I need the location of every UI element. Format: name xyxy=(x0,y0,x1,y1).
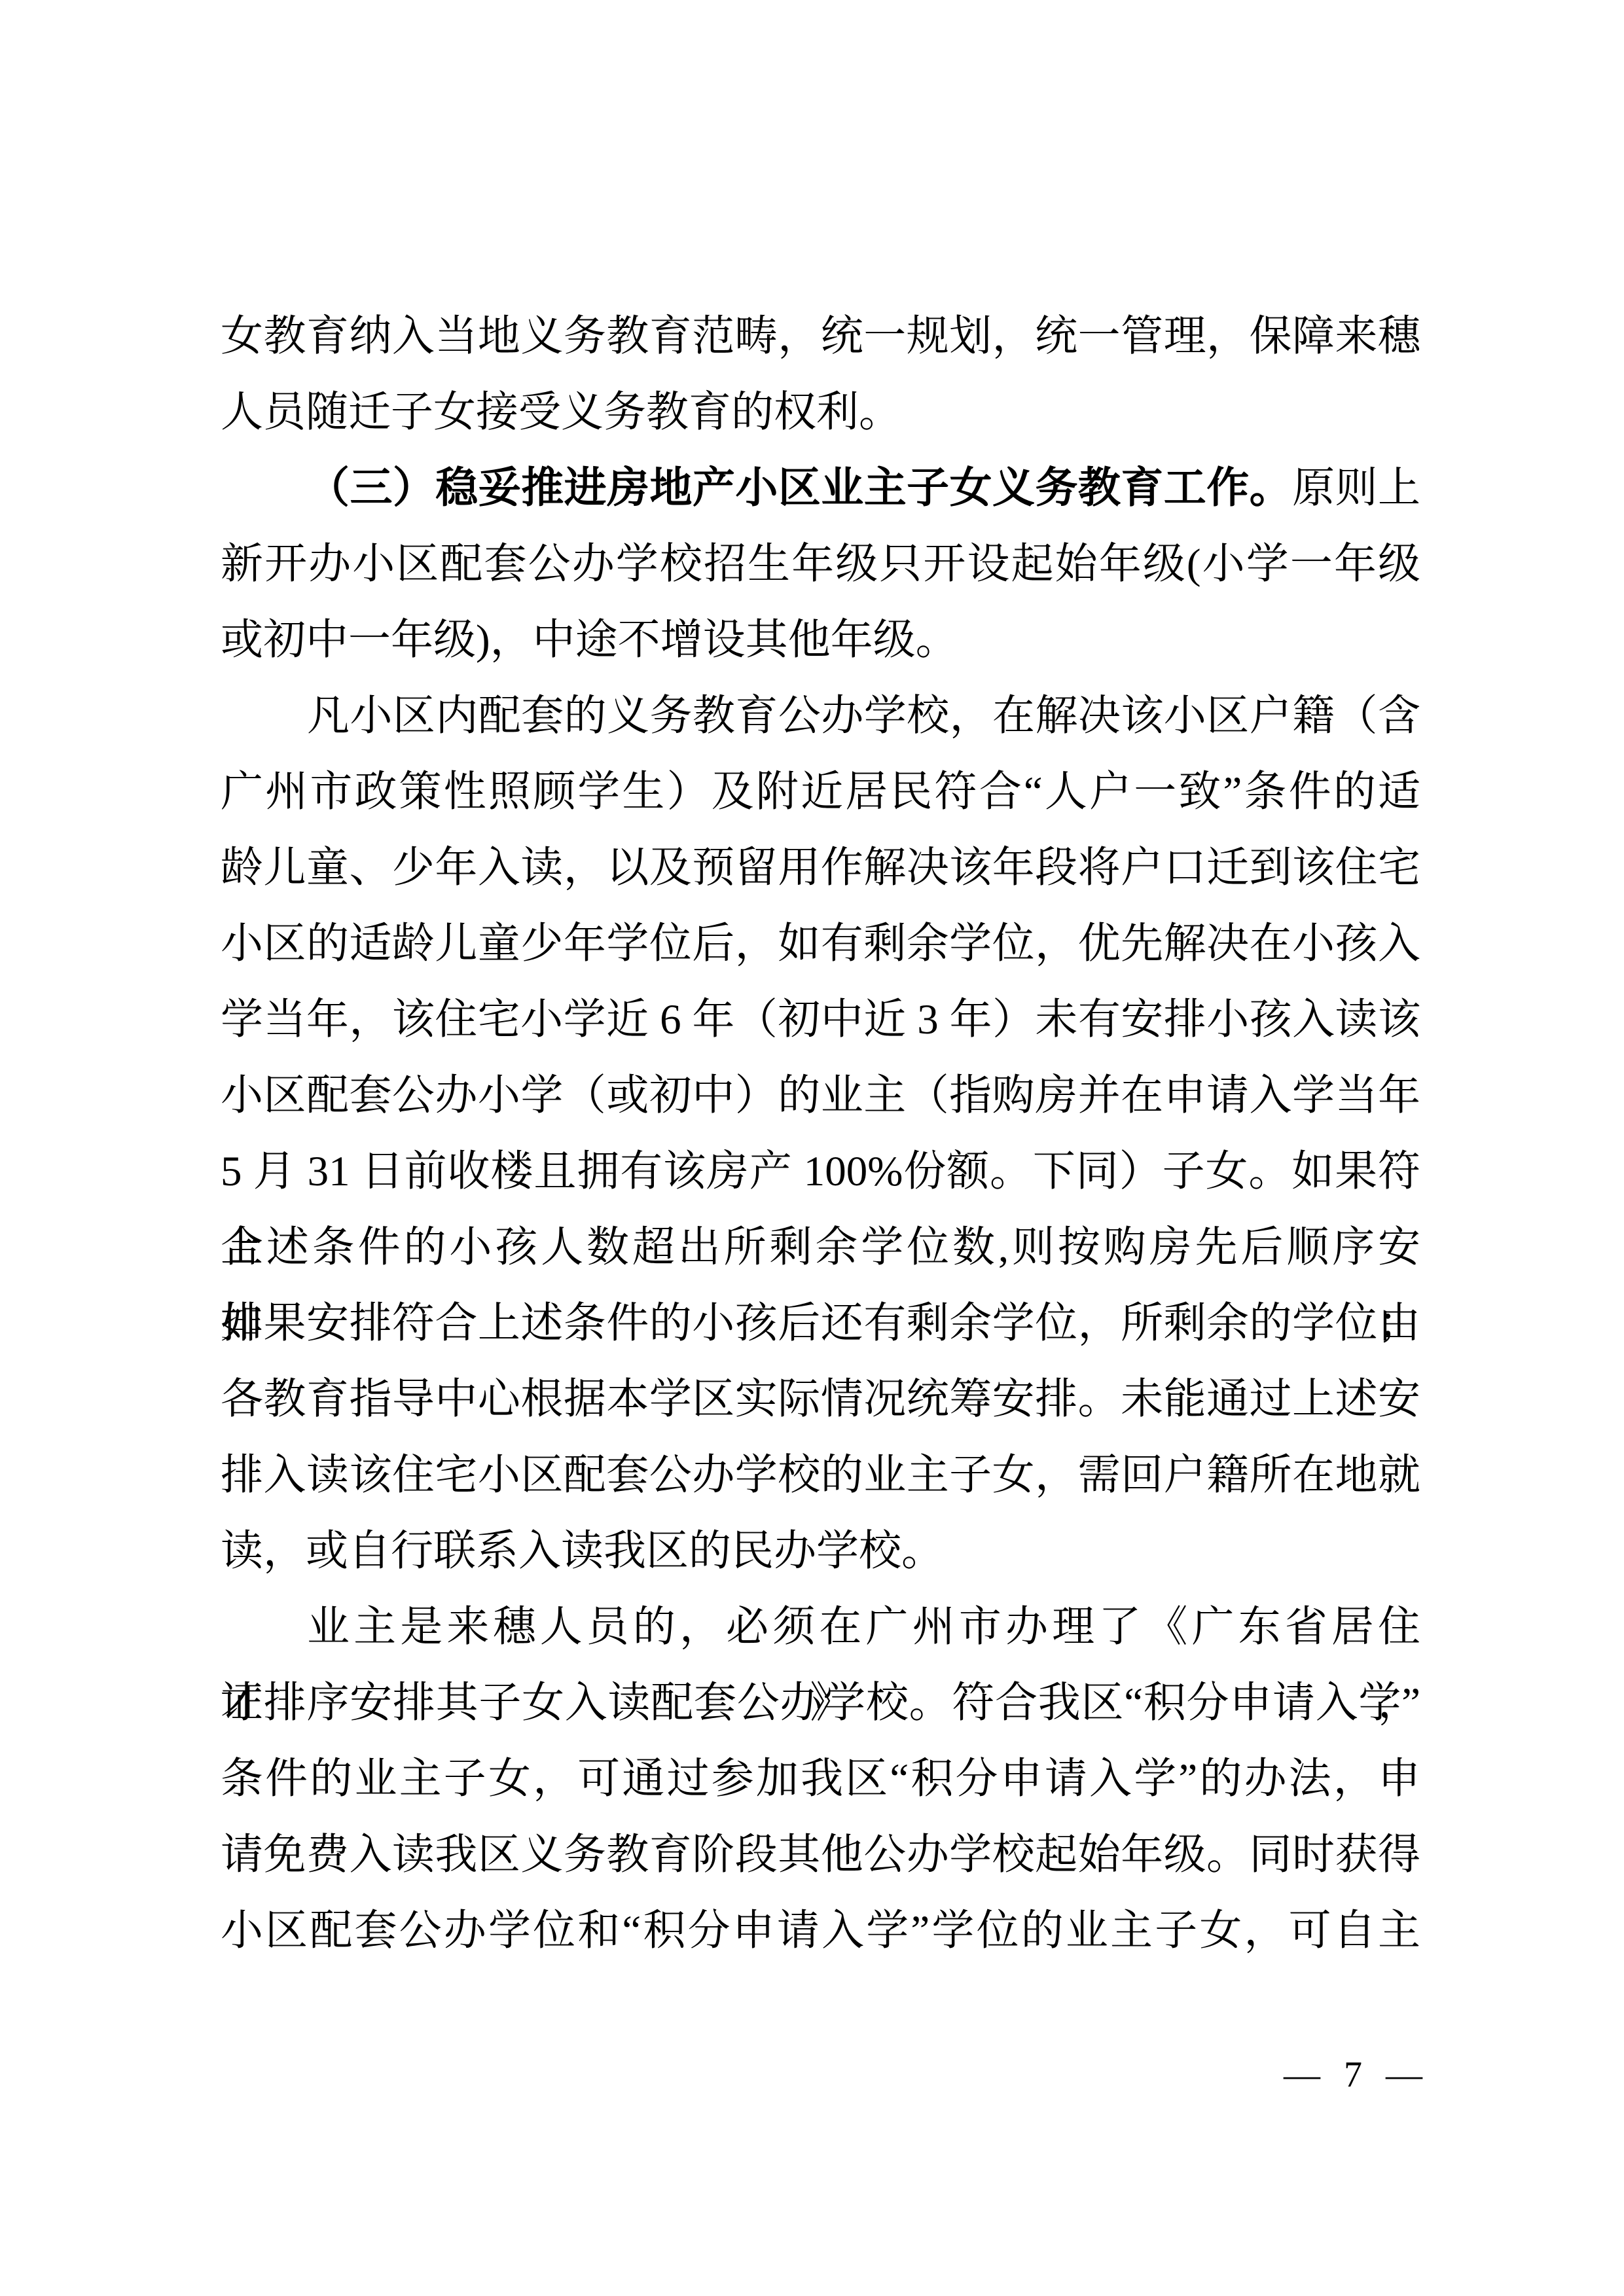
text-run-bold: （三）稳妥推进房地产小区业主子女义务教育工作。 xyxy=(307,465,1292,512)
text-line: 女教育纳入当地义务教育范畴，统一规划，统一管理，保障来穗 xyxy=(221,298,1420,374)
text-line: 凡小区内配套的义务教育公办学校，在解决该小区户籍（含 xyxy=(221,678,1420,754)
text-line: 条件的业主子女，可通过参加我区“积分申请入学”的办法，申 xyxy=(221,1741,1420,1817)
text-line: 广州市政策性照顾学生）及附近居民符合“人户一致”条件的适 xyxy=(221,754,1420,830)
text-run: 学当年，该住宅小学近 6 年（初中近 3 年）未有安排小孩入读该 xyxy=(221,996,1420,1043)
text-line: 小区配套公办小学（或初中）的业主（指购房并在申请入学当年 xyxy=(221,1058,1420,1134)
text-run: 原则上 xyxy=(1292,465,1420,512)
text-line: 学当年，该住宅小学近 6 年（初中近 3 年）未有安排小孩入读该 xyxy=(221,982,1420,1058)
text-run: 如果安排符合上述条件的小孩后还有剩余学位，所剩余的学位由 xyxy=(221,1300,1420,1347)
text-line: 人员随迁子女接受义务教育的权利。 xyxy=(221,374,1420,450)
text-run: 女教育纳入当地义务教育范畴，统一规划，统一管理，保障来穗 xyxy=(221,313,1420,360)
text-run: 才排序安排其子女入读配套公办学校。符合我区“积分申请入学” xyxy=(221,1679,1420,1727)
text-line: 才排序安排其子女入读配套公办学校。符合我区“积分申请入学” xyxy=(221,1665,1420,1741)
page-footer: — 7 — xyxy=(1284,2054,1422,2096)
text-line: 小区的适龄儿童少年学位后，如有剩余学位，优先解决在小孩入 xyxy=(221,906,1420,982)
text-line: 排入读该住宅小区配套公办学校的业主子女，需回户籍所在地就 xyxy=(221,1437,1420,1513)
text-run: 广州市政策性照顾学生）及附近居民符合“人户一致”条件的适 xyxy=(221,768,1420,816)
text-line: 5 月 31 日前收楼且拥有该房产 100%份额。下同）子女。如果符合 xyxy=(221,1134,1420,1210)
document-body: 女教育纳入当地义务教育范畴，统一规划，统一管理，保障来穗人员随迁子女接受义务教育… xyxy=(221,298,1420,1969)
text-run: 小区配套公办小学（或初中）的业主（指购房并在申请入学当年 xyxy=(221,1072,1420,1119)
text-run: 请免费入读我区义务教育阶段其他公办学校起始年级。同时获得 xyxy=(221,1831,1420,1878)
text-run: 小区配套公办学位和“积分申请入学”学位的业主子女，可自主 xyxy=(221,1907,1420,1954)
text-run: 小区的适龄儿童少年学位后，如有剩余学位，优先解决在小孩入 xyxy=(221,920,1420,967)
text-run: 读，或自行联系入读我区的民办学校。 xyxy=(221,1528,944,1575)
text-run: 排入读该住宅小区配套公办学校的业主子女，需回户籍所在地就 xyxy=(221,1452,1420,1499)
text-line: 或初中一年级)，中途不增设其他年级。 xyxy=(221,602,1420,678)
text-run: 人员随迁子女接受义务教育的权利。 xyxy=(221,389,901,436)
text-run: 条件的业主子女，可通过参加我区“积分申请入学”的办法，申 xyxy=(221,1755,1420,1803)
footer-right-dash: — xyxy=(1386,2054,1422,2096)
text-line: （三）稳妥推进房地产小区业主子女义务教育工作。原则上 xyxy=(221,450,1420,526)
text-line: 如果安排符合上述条件的小孩后还有剩余学位，所剩余的学位由 xyxy=(221,1285,1420,1361)
text-line: 业主是来穗人员的，必须在广州市办理了《广东省居住证》， xyxy=(221,1589,1420,1665)
text-run: 龄儿童、少年入读，以及预留用作解决该年段将户口迁到该住宅 xyxy=(221,844,1420,891)
document-page: 女教育纳入当地义务教育范畴，统一规划，统一管理，保障来穗人员随迁子女接受义务教育… xyxy=(0,0,1624,2296)
footer-left-dash: — xyxy=(1284,2054,1320,2096)
page-number: 7 xyxy=(1344,2054,1362,2096)
text-line: 龄儿童、少年入读，以及预留用作解决该年段将户口迁到该住宅 xyxy=(221,830,1420,906)
text-run: 或初中一年级)，中途不增设其他年级。 xyxy=(221,617,958,664)
text-line: 上述条件的小孩人数超出所剩余学位数,则按购房先后顺序安排； xyxy=(221,1210,1420,1285)
text-run: 新开办小区配套公办学校招生年级只开设起始年级(小学一年级 xyxy=(221,541,1420,588)
text-line: 读，或自行联系入读我区的民办学校。 xyxy=(221,1513,1420,1589)
text-run: 各教育指导中心根据本学区实际情况统筹安排。未能通过上述安 xyxy=(221,1376,1420,1423)
text-line: 小区配套公办学位和“积分申请入学”学位的业主子女，可自主 xyxy=(221,1893,1420,1969)
text-line: 请免费入读我区义务教育阶段其他公办学校起始年级。同时获得 xyxy=(221,1817,1420,1893)
text-line: 新开办小区配套公办学校招生年级只开设起始年级(小学一年级 xyxy=(221,526,1420,602)
text-run: 凡小区内配套的义务教育公办学校，在解决该小区户籍（含 xyxy=(307,692,1420,740)
text-line: 各教育指导中心根据本学区实际情况统筹安排。未能通过上述安 xyxy=(221,1361,1420,1437)
